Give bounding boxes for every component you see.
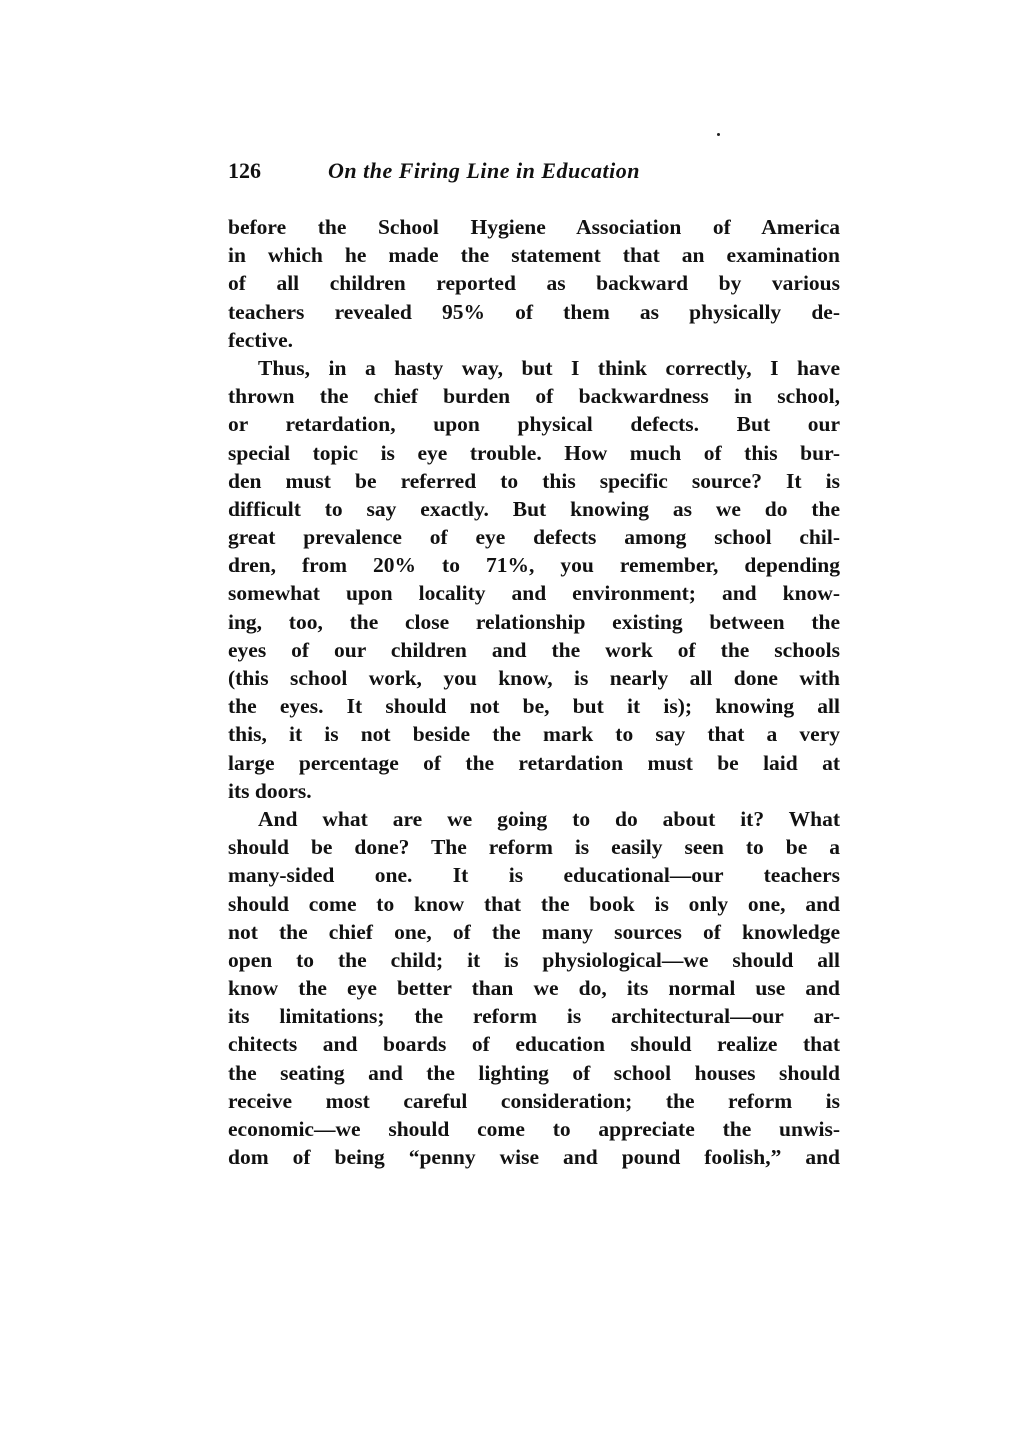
text-line: or retardation, upon physical defects. B…	[228, 410, 840, 438]
text-line: chitects and boards of education should …	[228, 1030, 840, 1058]
text-line: the seating and the lighting of school h…	[228, 1059, 840, 1087]
text-line: (this school work, you know, is nearly a…	[228, 664, 840, 692]
page-number: 126	[228, 156, 328, 186]
print-speck	[717, 133, 720, 136]
text-line: its limitations; the reform is architect…	[228, 1002, 840, 1030]
text-line: ing, too, the close relationship existin…	[228, 608, 840, 636]
text-line: special topic is eye trouble. How much o…	[228, 439, 840, 467]
text-line: dren, from 20% to 71%, you remember, dep…	[228, 551, 840, 579]
text-line: And what are we going to do about it? Wh…	[228, 805, 840, 833]
text-line: in which he made the statement that an e…	[228, 241, 840, 269]
text-line: Thus, in a hasty way, but I think correc…	[228, 354, 840, 382]
text-line: receive most careful consideration; the …	[228, 1087, 840, 1115]
text-line: should be done? The reform is easily see…	[228, 833, 840, 861]
text-line: thrown the chief burden of backwardness …	[228, 382, 840, 410]
book-page: 126On the Firing Line in Education befor…	[228, 0, 840, 1454]
book-title: On the Firing Line in Education	[328, 158, 640, 183]
text-line: its doors.	[228, 777, 840, 805]
text-line: this, it is not beside the mark to say t…	[228, 720, 840, 748]
text-line: somewhat upon locality and environment; …	[228, 579, 840, 607]
text-line: of all children reported as backward by …	[228, 269, 840, 297]
text-line: teachers revealed 95% of them as physica…	[228, 298, 840, 326]
text-line: open to the child; it is physiological—w…	[228, 946, 840, 974]
text-line: dom of being “penny wise and pound fooli…	[228, 1143, 840, 1171]
text-line: den must be referred to this specific so…	[228, 467, 840, 495]
text-line: not the chief one, of the many sources o…	[228, 918, 840, 946]
text-line: know the eye better than we do, its norm…	[228, 974, 840, 1002]
text-line: eyes of our children and the work of the…	[228, 636, 840, 664]
text-line: fective.	[228, 326, 840, 354]
text-line: economic—we should come to appreciate th…	[228, 1115, 840, 1143]
running-head: 126On the Firing Line in Education	[228, 156, 840, 186]
text-line: the eyes. It should not be, but it is); …	[228, 692, 840, 720]
text-line: should come to know that the book is onl…	[228, 890, 840, 918]
text-line: great prevalence of eye defects among sc…	[228, 523, 840, 551]
text-line: before the School Hygiene Association of…	[228, 213, 840, 241]
text-line: difficult to say exactly. But knowing as…	[228, 495, 840, 523]
text-line: large percentage of the retardation must…	[228, 749, 840, 777]
text-line: many-sided one. It is educational—our te…	[228, 861, 840, 889]
body-text: before the School Hygiene Association of…	[228, 213, 840, 1171]
